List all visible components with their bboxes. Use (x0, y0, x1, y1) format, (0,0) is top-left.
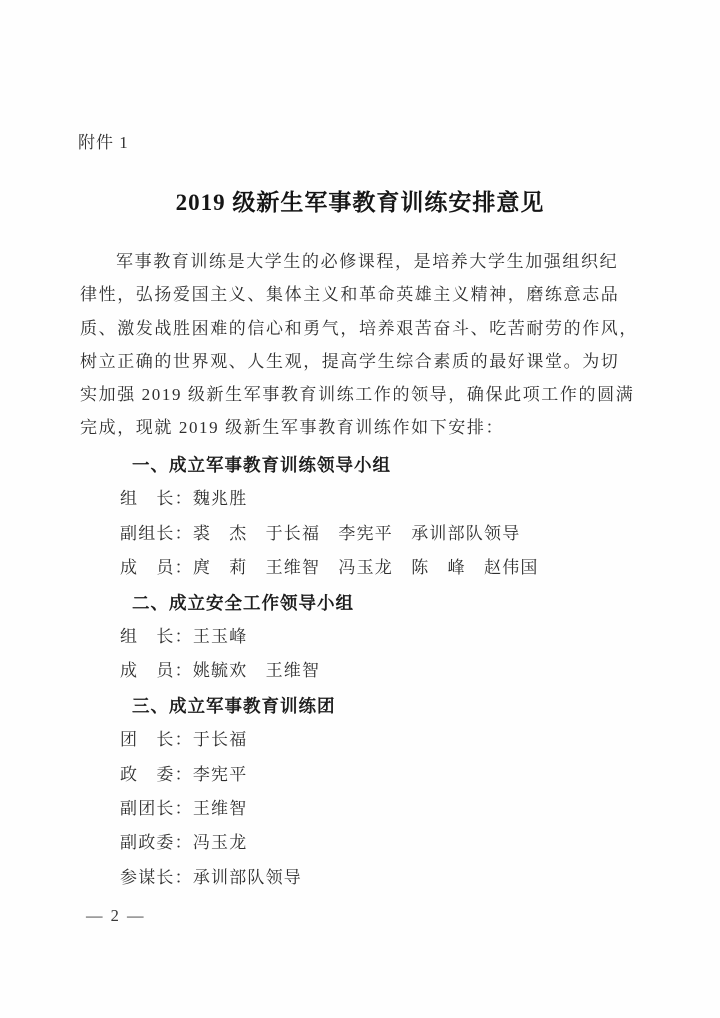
roster-list: 一、成立军事教育训练领导小组 组 长：魏兆胜 副组长：裘 杰 于长福 李宪平 承… (120, 448, 539, 895)
paragraph-line: 律性，弘扬爱国主义、集体主义和革命英雄主义精神，磨练意志品 (80, 278, 655, 311)
role-label: 副政委： (120, 833, 193, 852)
role-label: 团 长： (120, 730, 193, 749)
role-value: 姚毓欢 王维智 (193, 661, 320, 680)
role-line: 副政委：冯玉龙 (120, 826, 539, 860)
role-label: 组 长： (120, 489, 193, 508)
paragraph-line: 完成，现就 2019 级新生军事教育训练作如下安排： (80, 411, 655, 444)
section-heading-training-regiment: 三、成立军事教育训练团 (120, 689, 539, 723)
role-value: 冯玉龙 (193, 833, 248, 852)
section-heading-safety-group: 二、成立安全工作领导小组 (120, 586, 539, 620)
role-value: 于长福 (193, 730, 248, 749)
role-label: 组 长： (120, 627, 193, 646)
role-line: 成 员：姚毓欢 王维智 (120, 654, 539, 688)
role-label: 副组长： (120, 524, 193, 543)
section-heading-leading-group: 一、成立军事教育训练领导小组 (120, 448, 539, 482)
role-label: 政 委： (120, 765, 193, 784)
role-line: 组 长：魏兆胜 (120, 482, 539, 516)
role-value: 裘 杰 于长福 李宪平 承训部队领导 (193, 524, 521, 543)
paragraph-line: 实加强 2019 级新生军事教育训练工作的领导，确保此项工作的圆满 (80, 378, 655, 411)
role-line: 成 员：庹 莉 王维智 冯玉龙 陈 峰 赵伟国 (120, 551, 539, 585)
intro-paragraph: 军事教育训练是大学生的必修课程，是培养大学生加强组织纪 律性，弘扬爱国主义、集体… (80, 245, 655, 445)
role-line: 副团长：王维智 (120, 792, 539, 826)
page-number: — 2 — (86, 906, 146, 926)
role-line: 政 委：李宪平 (120, 758, 539, 792)
role-value: 承训部队领导 (193, 868, 302, 887)
role-value: 魏兆胜 (193, 489, 248, 508)
role-value: 王玉峰 (193, 627, 248, 646)
role-label: 成 员： (120, 661, 193, 680)
role-value: 庹 莉 王维智 冯玉龙 陈 峰 赵伟国 (193, 558, 539, 577)
paragraph-line: 军事教育训练是大学生的必修课程，是培养大学生加强组织纪 (80, 245, 655, 278)
paragraph-line: 质、激发战胜困难的信心和勇气，培养艰苦奋斗、吃苦耐劳的作风， (80, 312, 655, 345)
role-label: 参谋长： (120, 868, 193, 887)
document-title: 2019 级新生军事教育训练安排意见 (0, 184, 720, 217)
role-line: 组 长：王玉峰 (120, 620, 539, 654)
document-page: 附件 1 2019 级新生军事教育训练安排意见 军事教育训练是大学生的必修课程，… (0, 0, 720, 1018)
role-line: 参谋长：承训部队领导 (120, 861, 539, 895)
role-label: 成 员： (120, 558, 193, 577)
role-line: 团 长：于长福 (120, 723, 539, 757)
paragraph-line: 树立正确的世界观、人生观，提高学生综合素质的最好课堂。为切 (80, 345, 655, 378)
role-value: 王维智 (193, 799, 248, 818)
attachment-label: 附件 1 (78, 128, 129, 153)
role-label: 副团长： (120, 799, 193, 818)
role-line: 副组长：裘 杰 于长福 李宪平 承训部队领导 (120, 517, 539, 551)
role-value: 李宪平 (193, 765, 248, 784)
